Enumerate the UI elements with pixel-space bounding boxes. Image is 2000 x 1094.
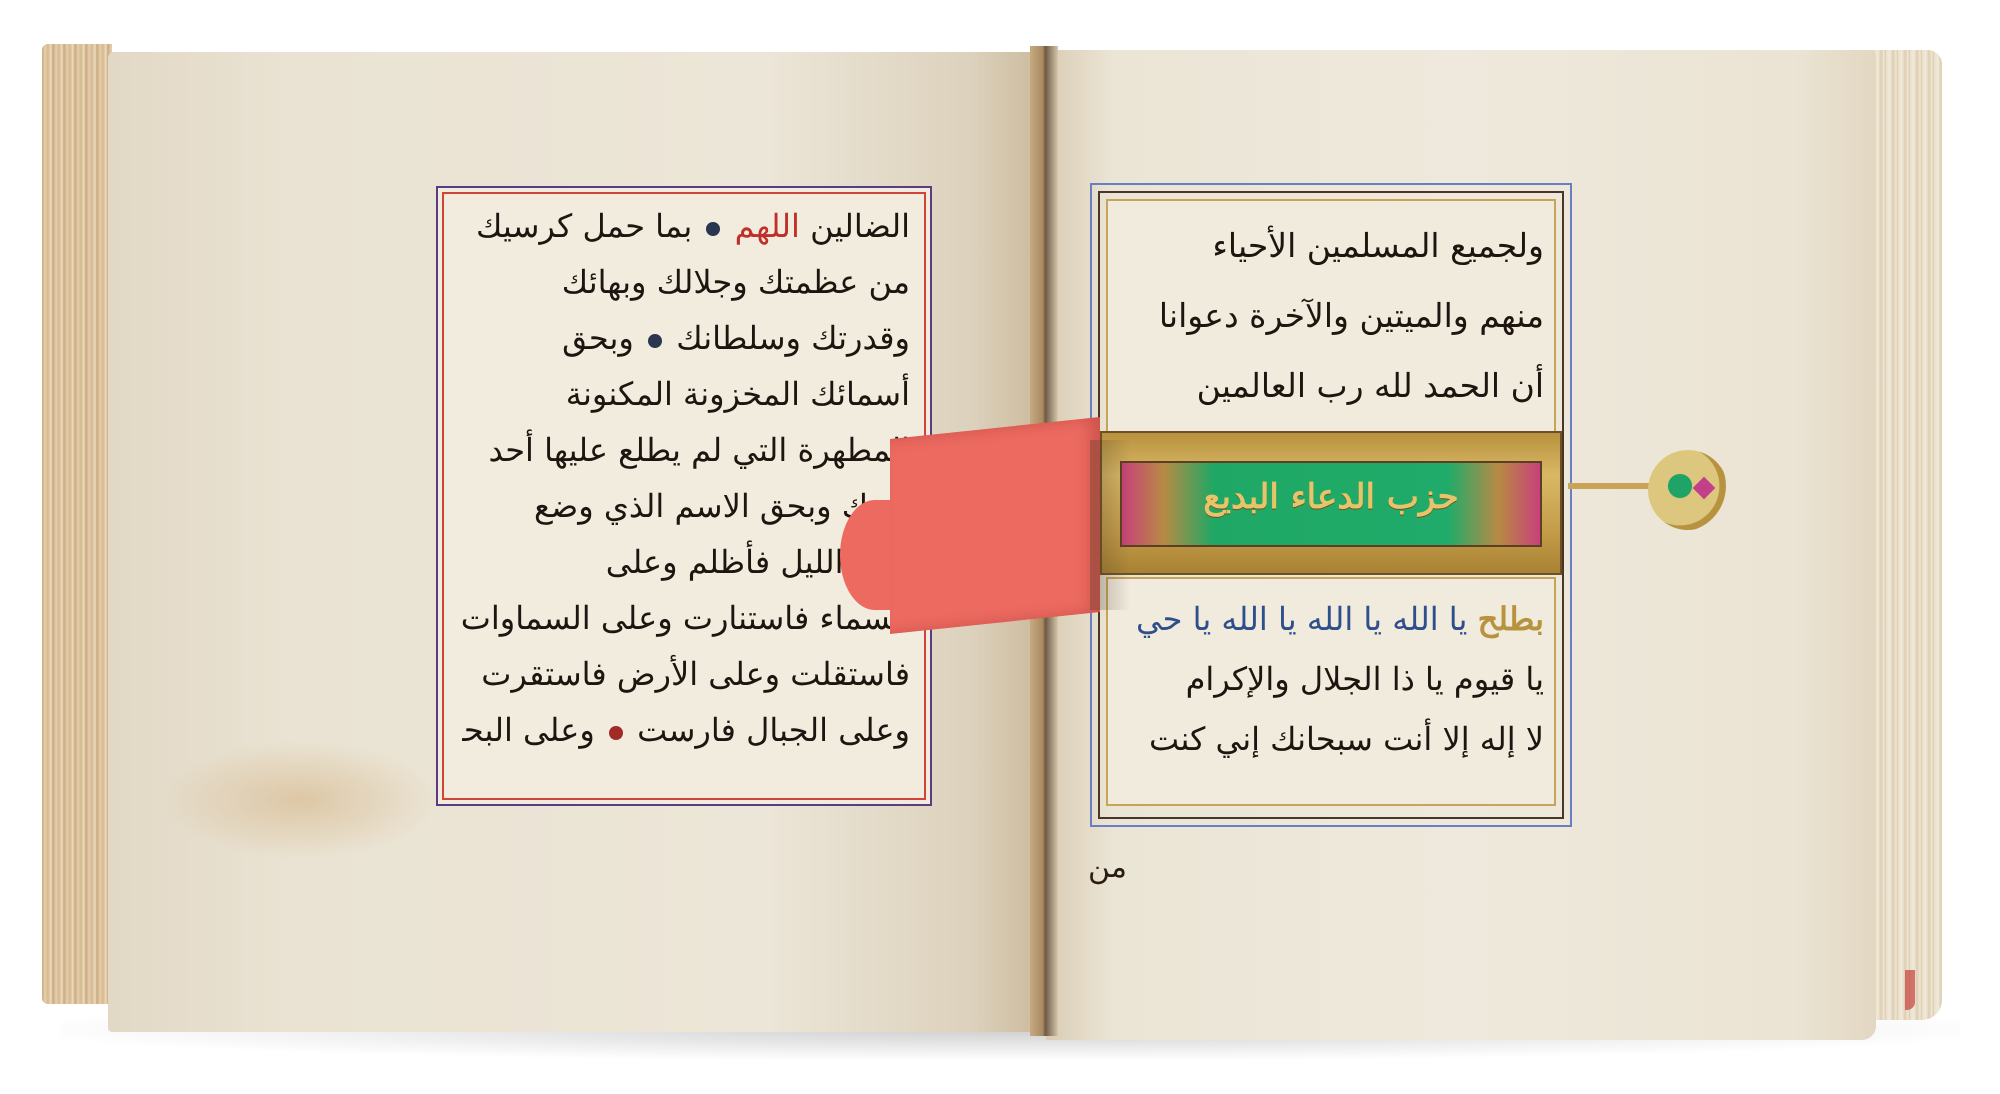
- red-bookmark-ribbon: [840, 420, 1100, 628]
- manuscript-photo: الضالين اللهم بما حمل كرسيك من عظمتك وجل…: [0, 0, 2000, 1094]
- text-line: بطلح يا الله يا الله يا الله يا حي: [1118, 589, 1544, 649]
- text-line: الضالين اللهم بما حمل كرسيك: [462, 198, 910, 254]
- verse-marker-icon: [609, 726, 623, 740]
- illuminated-headpiece: حزب الدعاء البديع: [1100, 431, 1562, 575]
- text-line: ولجميع المسلمين الأحياء: [1118, 211, 1544, 281]
- text-line: فاستقلت وعلى الأرض فاستقرت: [462, 646, 910, 702]
- text-line: منهم والميتين والآخرة دعوانا: [1118, 281, 1544, 351]
- bookmark-body: [890, 417, 1100, 634]
- headpiece-title: حزب الدعاء البديع: [1122, 477, 1540, 517]
- margin-medallion-icon: [1648, 450, 1728, 530]
- text-line: وقدرتك وسلطانك وبحق: [462, 310, 910, 366]
- red-binding-corner: [1905, 970, 1915, 1010]
- text-line: يا قيوم يا ذا الجلال والإكرام: [1118, 649, 1544, 709]
- water-stain: [160, 740, 440, 860]
- verse-marker-icon: [648, 334, 662, 348]
- text-line: أن الحمد لله رب العالمين: [1118, 351, 1544, 421]
- text-line: من عظمتك وجلالك وبهائك: [462, 254, 910, 310]
- right-bottom-text-block: بطلح يا الله يا الله يا الله يا حي يا قي…: [1106, 577, 1556, 806]
- verse-marker-icon: [706, 222, 720, 236]
- catchword: من: [1088, 850, 1127, 885]
- text-line: أسمائك المخزونة المكنونة: [462, 366, 910, 422]
- left-page-edges: [42, 44, 112, 1004]
- right-text-frame: ولجميع المسلمين الأحياء منهم والميتين وا…: [1090, 183, 1572, 827]
- headpiece-panel: حزب الدعاء البديع: [1120, 461, 1542, 547]
- margin-ornament-stem: [1568, 483, 1658, 489]
- text-line: وعلى الجبال فارست وعلى البحور: [462, 702, 910, 758]
- right-top-text-block: ولجميع المسلمين الأحياء منهم والميتين وا…: [1106, 199, 1556, 433]
- text-line: لا إله إلا أنت سبحانك إني كنت: [1118, 709, 1544, 769]
- rubric-word: اللهم: [735, 207, 800, 245]
